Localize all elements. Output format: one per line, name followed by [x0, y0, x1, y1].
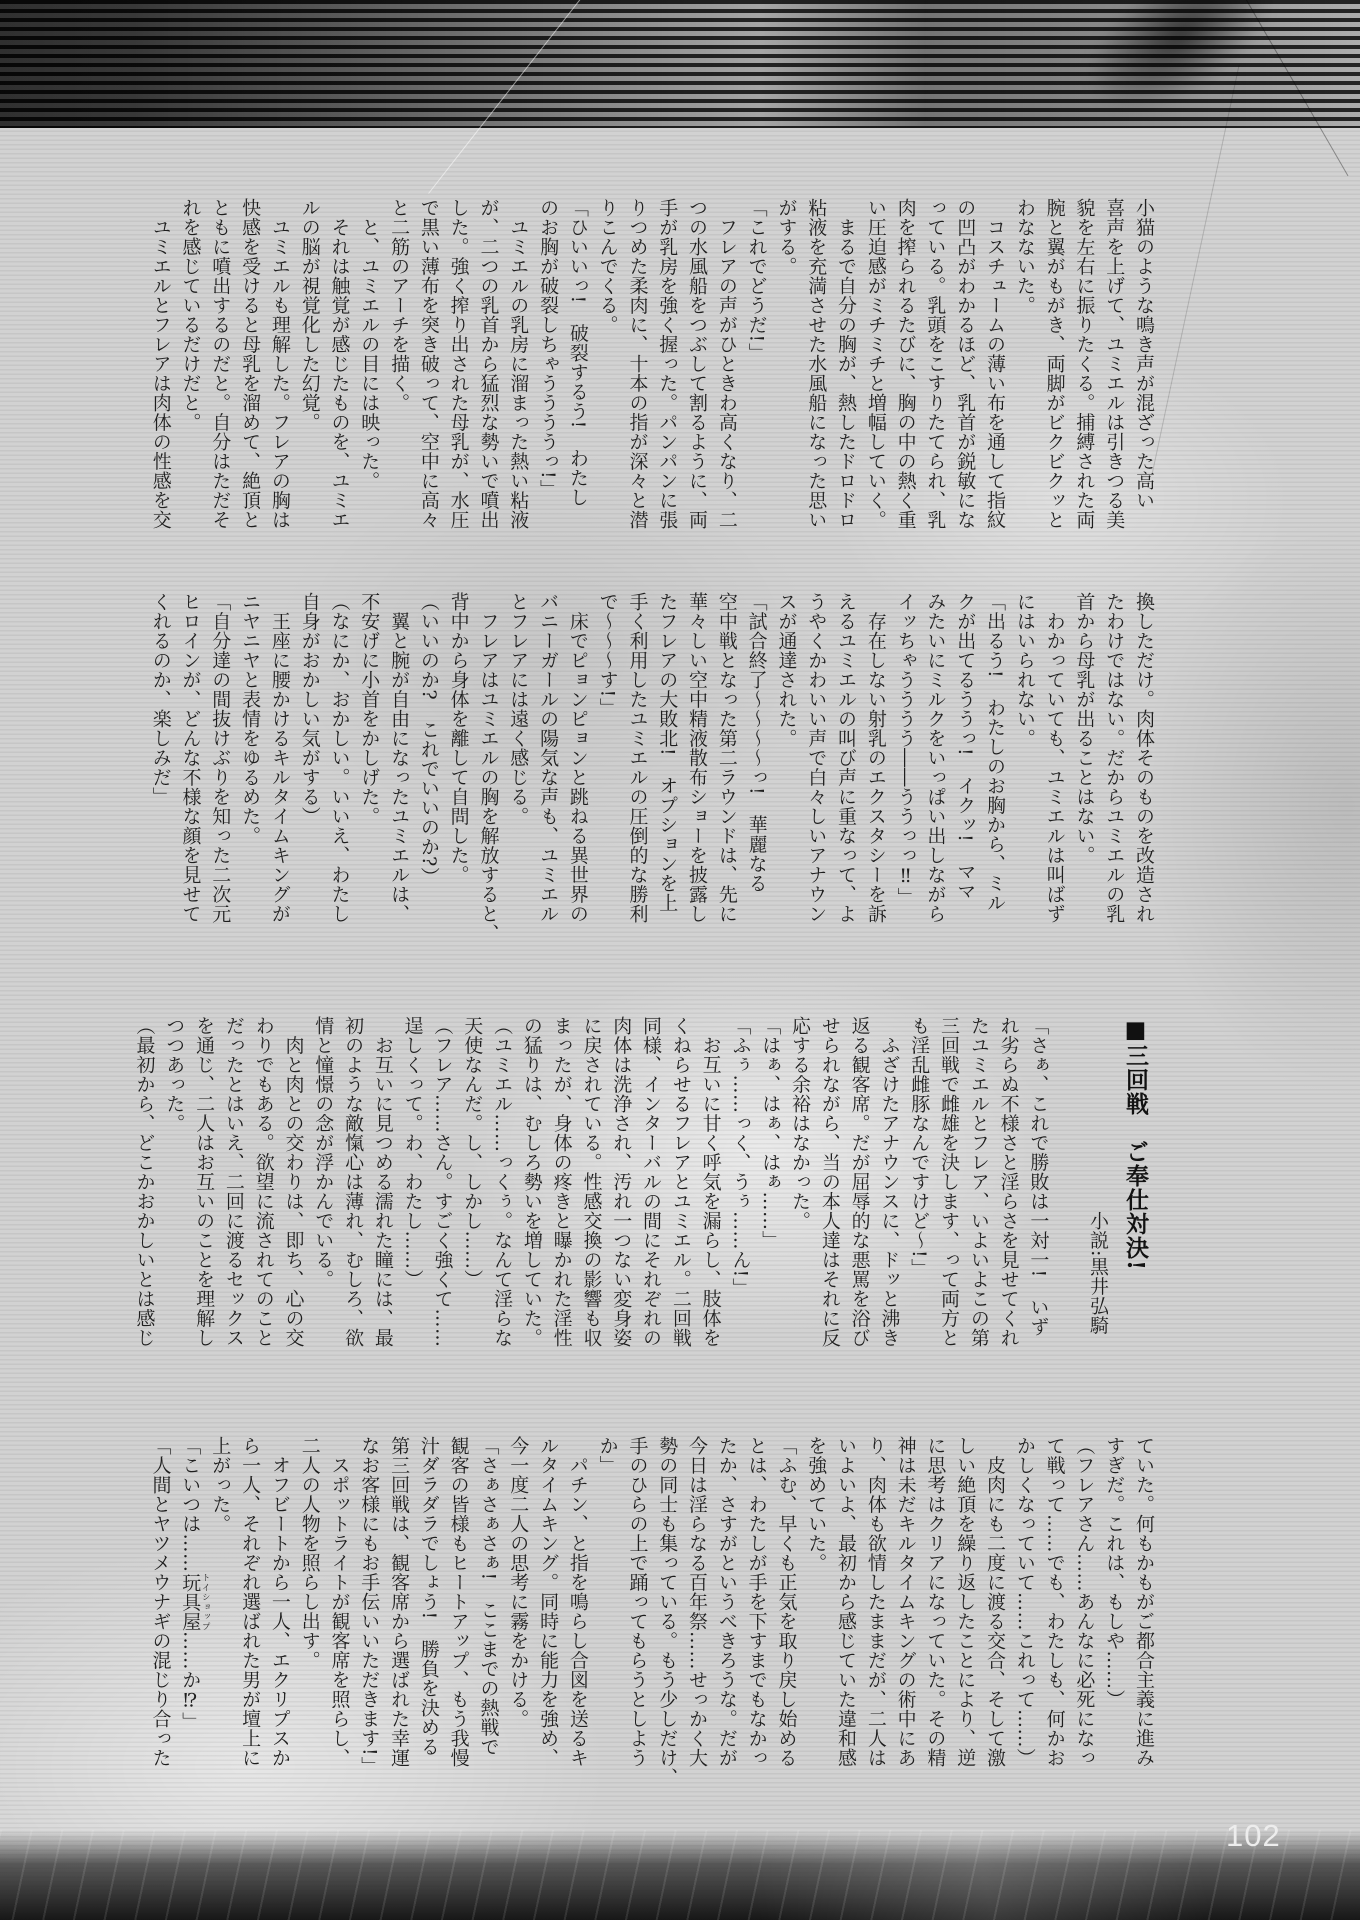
dark-wing-shape [1022, 0, 1337, 128]
text-band-1: 小猫のような鳴き声が混ざった高い 喜声を上げて、ユミエルは引きつる美 貌を左右に… [145, 198, 1158, 570]
top-banner-art [0, 0, 1360, 128]
text-band-4: ていた。何もかもがご都合主義に進み すぎだ。これは、もしや……） （フレアさん…… [145, 1436, 1158, 1808]
page-number: 102 [1226, 1818, 1281, 1854]
scanned-novel-page: 小猫のような鳴き声が混ざった高い 喜声を上げて、ユミエルは引きつる美 貌を左右に… [0, 0, 1360, 1920]
section-title: ■三回戦 ご奉仕対決! [1122, 1016, 1149, 1271]
bottom-banner-art [0, 1830, 1360, 1920]
text-band-2: 換しただけ。肉体そのものを改造され たわけではない。だからユミエルの乳 首から母… [145, 592, 1158, 964]
text-band-3-with-section-header: ■三回戦 ご奉仕対決! 小説:黒井弘騎 「さぁ、これで勝敗は一対一! いず れ劣… [129, 1016, 1158, 1388]
